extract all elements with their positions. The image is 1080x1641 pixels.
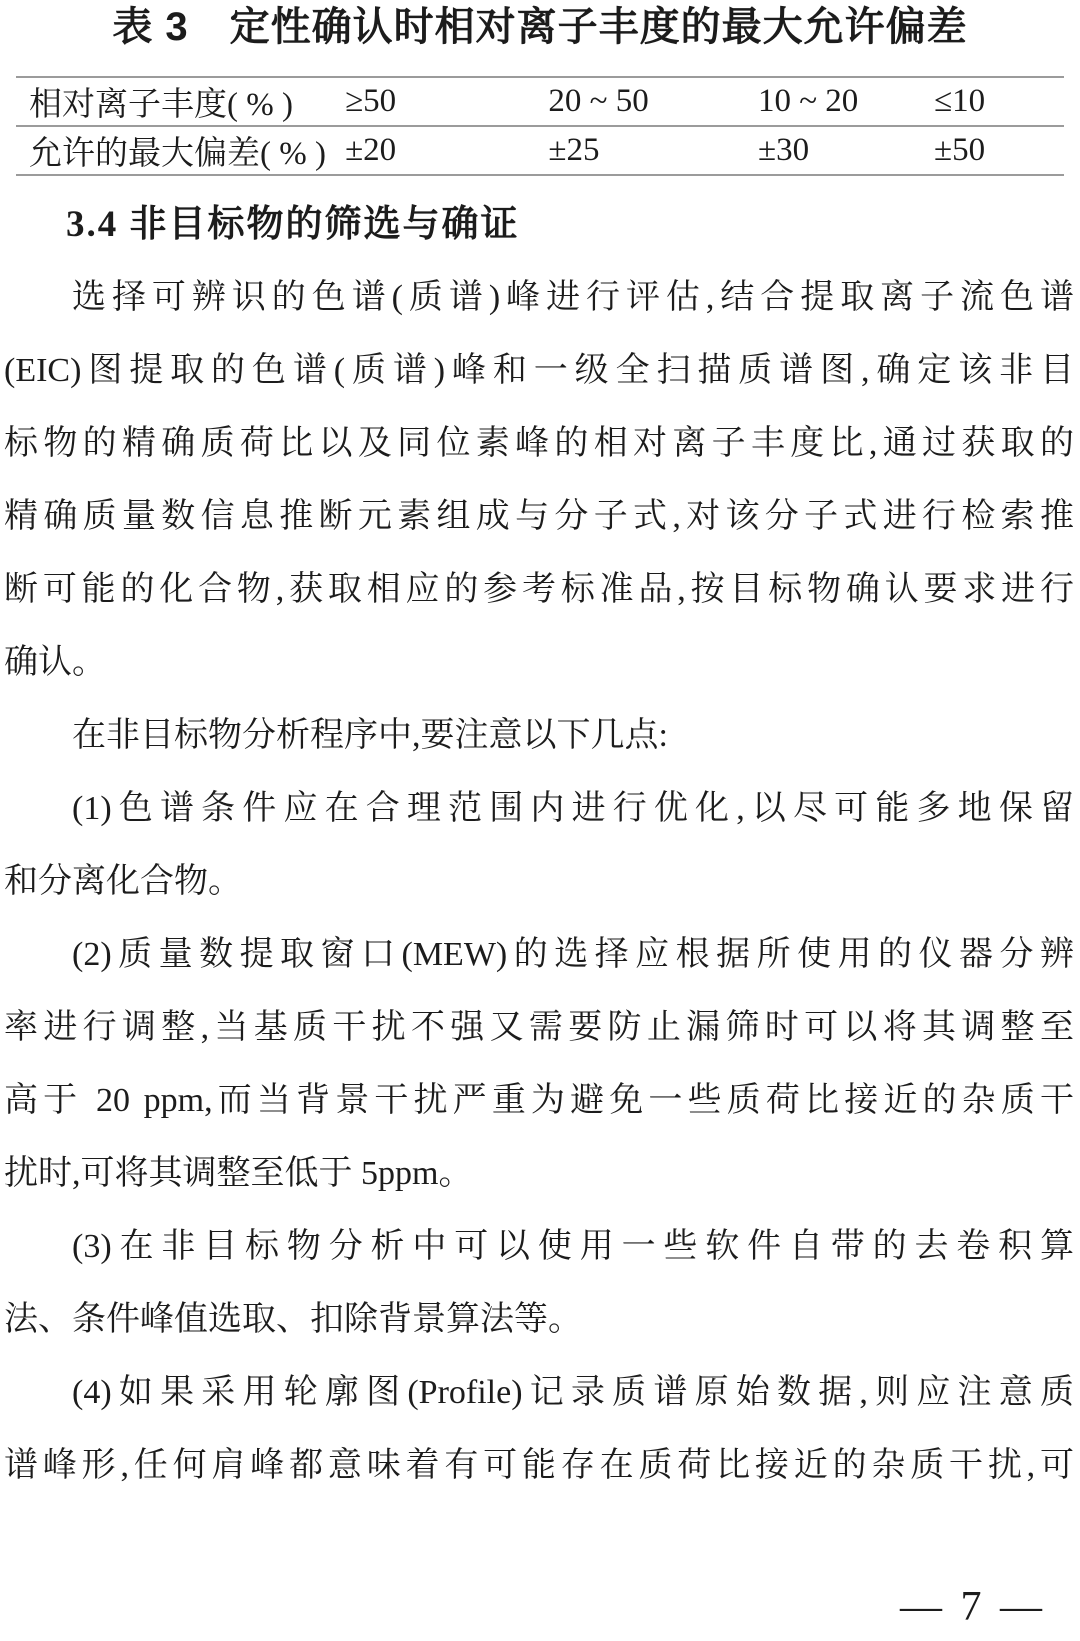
- body-line: 谱峰形,任何肩峰都意味着有可能存在质荷比接近的杂质干扰,可: [4, 1429, 1074, 1502]
- table-row-deviation: 允许的最大偏差( % ) ±20 ±25 ±30 ±50: [16, 126, 1064, 175]
- body-line: (EIC)图提取的色谱(质谱)峰和一级全扫描质谱图,确定该非目: [4, 334, 1074, 407]
- table-cell: ±25: [548, 126, 758, 175]
- row-label: 允许的最大偏差( % ): [16, 126, 345, 175]
- abundance-deviation-table: 相对离子丰度( % ) ≥50 20 ~ 50 10 ~ 20 ≤10 允许的最…: [16, 76, 1064, 176]
- body-line: (3)在非目标物分析中可以使用一些软件自带的去卷积算: [4, 1210, 1074, 1283]
- document-page: 表 3 定性确认时相对离子丰度的最大允许偏差 相对离子丰度( % ) ≥50 2…: [0, 0, 1080, 1641]
- table-row-abundance: 相对离子丰度( % ) ≥50 20 ~ 50 10 ~ 20 ≤10: [16, 77, 1064, 126]
- table-cell: ±50: [934, 126, 1064, 175]
- row-label: 相对离子丰度( % ): [16, 77, 345, 126]
- table-cell: ≤10: [934, 77, 1064, 126]
- table-cell: 20 ~ 50: [548, 77, 758, 126]
- body-line: 确认。: [4, 626, 1074, 699]
- table-cell: ≥50: [345, 77, 548, 126]
- body-line: 断可能的化合物,获取相应的参考标准品,按目标物确认要求进行: [4, 553, 1074, 626]
- body-line: (1)色谱条件应在合理范围内进行优化,以尽可能多地保留: [4, 772, 1074, 845]
- body-line: 选择可辨识的色谱(质谱)峰进行评估,结合提取离子流色谱: [4, 261, 1074, 334]
- body-line: 在非目标物分析程序中,要注意以下几点:: [4, 699, 1074, 772]
- body-line: 和分离化合物。: [4, 845, 1074, 918]
- section-heading: 3.4 非目标物的筛选与确证: [66, 202, 1080, 248]
- page-number: — 7 —: [900, 1583, 1046, 1631]
- body-line: (2)质量数提取窗口(MEW)的选择应根据所使用的仪器分辨: [4, 918, 1074, 991]
- body-line: 扰时,可将其调整至低于 5ppm。: [4, 1137, 1074, 1210]
- table-cell: 10 ~ 20: [758, 77, 934, 126]
- body-line: 精确质量数信息推断元素组成与分子式,对该分子式进行检索推: [4, 480, 1074, 553]
- table-cell: ±30: [758, 126, 934, 175]
- body-text: 选择可辨识的色谱(质谱)峰进行评估,结合提取离子流色谱 (EIC)图提取的色谱(…: [0, 261, 1080, 1502]
- body-line: 法、条件峰值选取、扣除背景算法等。: [4, 1283, 1074, 1356]
- body-line: 率进行调整,当基质干扰不强又需要防止漏筛时可以将其调整至: [4, 991, 1074, 1064]
- body-line: 高于 20 ppm,而当背景干扰严重为避免一些质荷比接近的杂质干: [4, 1064, 1074, 1137]
- table-cell: ±20: [345, 126, 548, 175]
- body-line: (4)如果采用轮廓图(Profile)记录质谱原始数据,则应注意质: [4, 1356, 1074, 1429]
- body-line: 标物的精确质荷比以及同位素峰的相对离子丰度比,通过获取的: [4, 407, 1074, 480]
- table-caption: 表 3 定性确认时相对离子丰度的最大允许偏差: [0, 4, 1080, 50]
